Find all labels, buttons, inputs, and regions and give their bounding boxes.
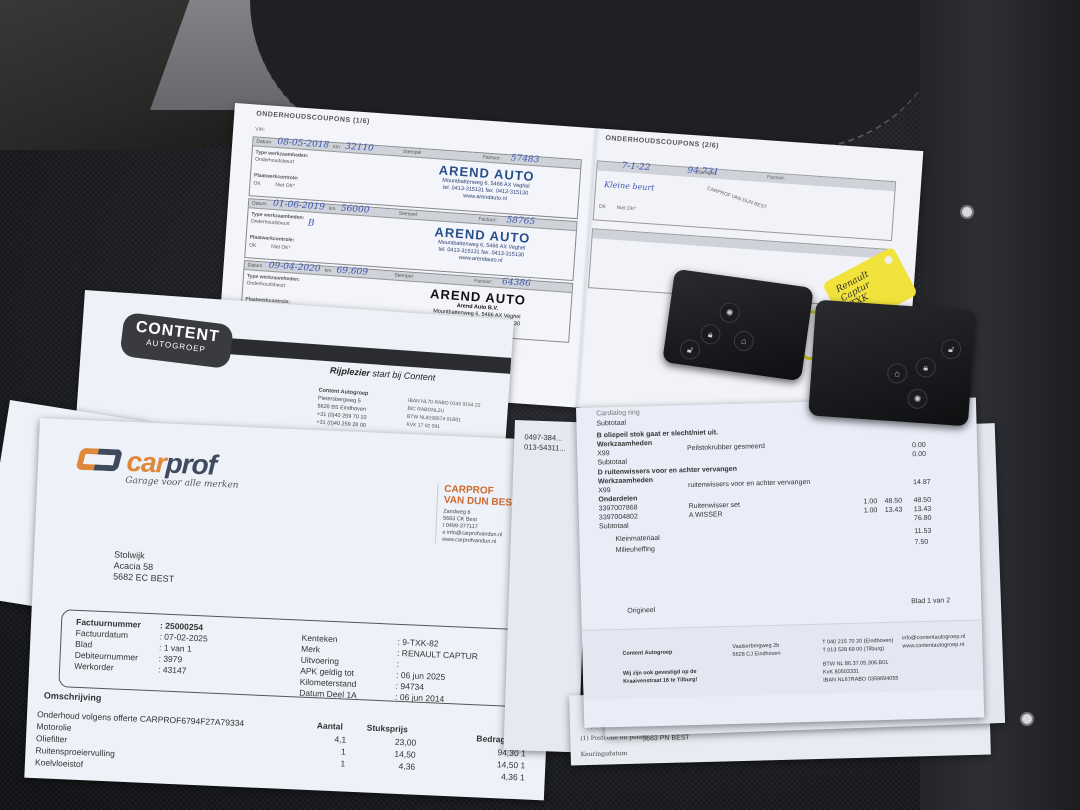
phone-line: 013-54311... bbox=[524, 442, 566, 453]
seat-clip-icon bbox=[960, 205, 974, 219]
note-line: Kraaivenstraat 16 te Tilburg! bbox=[623, 676, 697, 686]
reg-line: IBAN NL67RABO 0359694055 bbox=[823, 675, 898, 685]
recipient-address: StolwijkAcacia 585682 EC BEST bbox=[113, 549, 175, 585]
logo-car: car bbox=[126, 446, 166, 479]
row-desc: Peilstokrubber gesmeerd bbox=[687, 442, 765, 453]
date-label: Datum bbox=[252, 200, 267, 207]
carprof-invoice: carprof Garage voor alle merken CARPROF … bbox=[24, 418, 559, 800]
invoice-fields: Factuurnummer: 25000254Factuurdatum: 07-… bbox=[74, 617, 208, 678]
coupon-invoice: 57483 bbox=[510, 153, 539, 165]
field-value: : 43147 bbox=[158, 664, 187, 675]
field-value: : bbox=[396, 659, 399, 669]
field-value: : 06 jun 2014 bbox=[395, 692, 445, 704]
postcode-value: 5683 PN BEST bbox=[642, 734, 690, 742]
row-code: X99 bbox=[598, 486, 611, 495]
phone-line: T 013 528 69 00 (Tilburg) bbox=[822, 645, 893, 655]
address-line: 5628 CJ Eindhoven bbox=[732, 650, 780, 659]
coupon-right-1: 7-1-22 94.731 Kleine beurt OK Niet OK* S… bbox=[593, 160, 896, 241]
footer-phones: T 040 215 70 20 (Eindhoven) T 013 528 69… bbox=[822, 637, 894, 655]
field-label: Werkorder bbox=[74, 661, 158, 676]
invoice-label: Factuur: bbox=[483, 154, 502, 161]
phone-fragments: 0497-384... 013-54311... bbox=[524, 432, 566, 453]
amount-header: Bedrag bbox=[476, 733, 506, 744]
recipient-line: 5682 EC BEST bbox=[113, 571, 174, 585]
carprof-stamp: CARPROF VAN DUN BEST bbox=[706, 186, 767, 211]
coupon-service: B bbox=[307, 218, 314, 228]
ok-label: OK bbox=[253, 180, 261, 186]
notok-label: Niet OK* bbox=[616, 205, 636, 212]
coupon-service: Kleine beurt bbox=[604, 180, 655, 192]
arend-auto-stamp: AREND AUTO Mountbattenweg 6, 5466 AX Veg… bbox=[396, 222, 568, 270]
stamp-label: Stempel bbox=[394, 273, 413, 280]
original-label: Origineel bbox=[627, 606, 655, 616]
trunk-icon: ⌂ bbox=[887, 363, 908, 384]
line-unit-price bbox=[364, 771, 414, 785]
footer-address: Vaalserbergweg 2b 5628 CJ Eindhoven bbox=[732, 642, 780, 659]
vin-label: VIN: bbox=[255, 126, 265, 133]
tagline: Rijplezier start bij Content bbox=[330, 365, 436, 382]
coupon-invoice: 58765 bbox=[506, 215, 535, 227]
tagline-rest: start bij Content bbox=[372, 368, 436, 382]
page-label: Blad 1 van 2 bbox=[911, 596, 950, 606]
amount-column: 94,30 114,50 14,36 1 bbox=[464, 745, 526, 796]
section-title: B oliepeil stok gaat er slecht/niet uit. bbox=[597, 428, 719, 440]
stamp-label: Stempel bbox=[398, 211, 417, 218]
lock-icon: 🔒︎ bbox=[699, 323, 722, 346]
part-price: 13.43 bbox=[885, 505, 903, 514]
unlock-icon: 🔓︎ bbox=[679, 338, 702, 361]
workorder-invoice: Cardialog ring Subtotaal 344.01 B oliepe… bbox=[576, 398, 984, 728]
logo-prof: prof bbox=[165, 448, 217, 481]
description-header: Omschrijving bbox=[44, 690, 102, 702]
ok-label: OK bbox=[598, 204, 606, 210]
unit-header: Stuksprijs bbox=[367, 723, 409, 735]
carprof-mark-icon bbox=[78, 446, 123, 476]
field-value: : 94734 bbox=[395, 681, 424, 692]
unlock-icon: 🔓︎ bbox=[940, 338, 961, 359]
coupon-date: 7-1-22 bbox=[621, 161, 651, 173]
invoice-label: Factuur: bbox=[474, 278, 493, 285]
date-label: Keuringsdatum bbox=[581, 750, 628, 758]
light-icon: ✺ bbox=[718, 301, 741, 324]
coupon-km: 32110 bbox=[345, 142, 374, 154]
date-label: Datum bbox=[248, 262, 263, 269]
coupon-km: 69.609 bbox=[336, 266, 368, 278]
field-value: : 06 jun 2025 bbox=[396, 670, 446, 682]
workorder-footer: Content Autogroep Vaalserbergweg 2b 5628… bbox=[582, 619, 984, 699]
coupon-km: 56000 bbox=[341, 204, 370, 216]
field-value: : 9-TXK-82 bbox=[397, 637, 439, 649]
work-label: Werkzaamheden bbox=[598, 476, 653, 486]
footer-registration: BTW NL 86.37.05.306.B01 KvK 80503331 IBA… bbox=[823, 659, 899, 685]
booklet-left-title: ONDERHOUDSCOUPONS (1/6) bbox=[256, 111, 370, 126]
stamp-label: Stempel bbox=[697, 169, 716, 176]
row-amount: 14.87 bbox=[913, 478, 931, 487]
line-qty bbox=[314, 768, 344, 781]
vehicle-fields: Kenteken: 9-TXK-82Merk: RENAULT CAPTURUi… bbox=[299, 633, 479, 707]
field-value: : 1 van 1 bbox=[159, 642, 192, 653]
footer-note: Wij zijn ook gevestigd op de Kraaivenstr… bbox=[623, 668, 698, 686]
part-desc: A WISSER bbox=[689, 510, 723, 520]
content-logo: CONTENT AUTOGROEP bbox=[119, 312, 234, 369]
coupon-invoice: 64386 bbox=[502, 277, 531, 289]
row-desc: ruitenwissers voor en achter vervangen bbox=[688, 478, 810, 490]
field-value: : 3979 bbox=[158, 653, 182, 664]
logo-subtitle: Garage voor alle merken bbox=[125, 476, 239, 491]
qty-column: 4,111 bbox=[314, 732, 346, 781]
top-line: Cardialog ring bbox=[596, 408, 640, 418]
extra-label: Milieuheffing bbox=[616, 545, 655, 555]
key-card-1: ✺ 🔒︎ ⌂ 🔓︎ bbox=[662, 269, 814, 382]
extra-amount: 7.50 bbox=[915, 538, 929, 547]
invoice-lines: Onderhoud volgens offerte CARPROF6794F27… bbox=[35, 708, 245, 777]
footer-web: info@contentautogroep.nl www.contentauto… bbox=[902, 633, 965, 651]
field-value: : 25000254 bbox=[160, 620, 203, 632]
date-label: Datum bbox=[256, 139, 271, 146]
stamp-label: Stempel bbox=[403, 149, 422, 156]
invoice-label: Factuur: bbox=[478, 216, 497, 223]
subtotal-value: 76.80 bbox=[914, 514, 932, 523]
extra-amount: 11.53 bbox=[914, 527, 931, 536]
field-value: : 07-02-2025 bbox=[159, 631, 208, 643]
extra-label: Kleinmateriaal bbox=[615, 534, 660, 544]
qty-header: Aantal bbox=[317, 720, 343, 731]
part-qty: 1.00 bbox=[864, 506, 878, 515]
unit-column: 23,0014,504,36 bbox=[364, 735, 416, 785]
part-amount: 48.50 bbox=[913, 496, 931, 505]
field-value: : RENAULT CAPTUR bbox=[397, 648, 478, 662]
seat-clip-icon bbox=[1020, 712, 1034, 726]
km-label: km bbox=[329, 206, 336, 212]
company-contact: Content Autogroep Pietersbergweg 5 5628 … bbox=[316, 387, 369, 430]
notok-label: Niet OK* bbox=[275, 182, 295, 189]
light-icon: ✺ bbox=[907, 388, 928, 409]
km-label: km bbox=[333, 144, 340, 150]
subtotal-label: Subtotaal bbox=[596, 419, 626, 429]
footer-company: Content Autogroep bbox=[622, 649, 672, 658]
row-amount: 0.00 bbox=[912, 441, 926, 450]
work-label: Werkzaamheden bbox=[597, 439, 652, 449]
trunk-icon: ⌂ bbox=[733, 330, 756, 353]
notok-label: Niet OK* bbox=[271, 244, 291, 251]
part-amount: 13.43 bbox=[914, 505, 932, 514]
web-line: www.contentautogroep.nl bbox=[902, 641, 965, 651]
part-price: 48.50 bbox=[884, 496, 902, 505]
booklet-right-title: ONDERHOUDSCOUPONS (2/6) bbox=[605, 135, 719, 150]
row-code: X99 bbox=[597, 449, 610, 458]
subtotal-value: 0.00 bbox=[912, 450, 926, 459]
invoice-label: Factuur: bbox=[767, 174, 786, 181]
key-card-2: 🔓︎ 🔒︎ ⌂ ✺ bbox=[808, 300, 976, 427]
carprof-logo: carprof Garage voor alle merken bbox=[77, 444, 240, 491]
invoice-details-box: Factuurnummer: 25000254Factuurdatum: 07-… bbox=[58, 609, 531, 707]
km-label: km bbox=[324, 268, 331, 274]
ok-label: OK bbox=[249, 242, 257, 248]
photo-scene: ONDERHOUDSCOUPONS (1/6) ONDERHOUDSCOUPON… bbox=[0, 0, 1080, 810]
arend-auto-stamp: AREND AUTO Mountbattenweg 6, 5466 AX Veg… bbox=[400, 160, 572, 208]
subtotal-label: Subtotaal bbox=[597, 458, 627, 468]
part-qty: 1.00 bbox=[863, 497, 877, 506]
subtotal-label: Subtotaal bbox=[599, 522, 629, 532]
tagline-bold: Rijplezier bbox=[330, 365, 371, 378]
lock-icon: 🔒︎ bbox=[915, 357, 936, 378]
